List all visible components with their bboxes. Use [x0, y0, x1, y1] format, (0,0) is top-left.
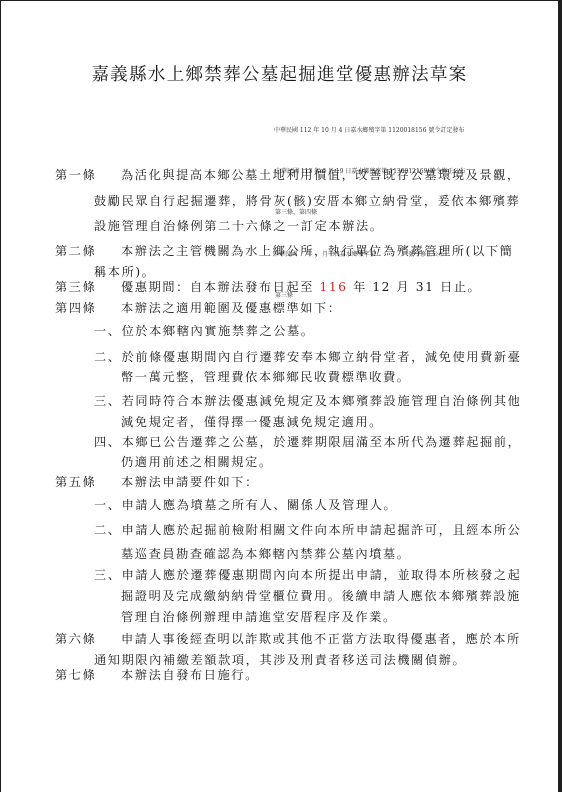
article-label: 第四條 — [55, 300, 96, 316]
article-label: 第七條 — [55, 667, 96, 683]
article-label: 第三條 — [55, 279, 96, 295]
document-page: 嘉義縣水上鄉禁葬公墓起掘進堂優惠辦法草案 中華民國 112 年 10 月 4 日… — [1, 1, 558, 792]
list-item-cont: 幣一萬元整，管理費依本鄉鄉民收費標準收費。 — [121, 369, 411, 385]
article-text: 本辦法申請要件如下： — [121, 474, 259, 490]
document-title: 嘉義縣水上鄉禁葬公墓起掘進堂優惠辦法草案 — [1, 61, 558, 86]
list-item-cont: 管理自治條例辦理申請進堂安厝程序及作業。 — [121, 609, 397, 625]
article-label: 第六條 — [55, 631, 96, 647]
discount-period-suffix: 年 12 月 31 日止。 — [353, 280, 481, 294]
article-text: 優惠期間：自本辦法發布日起至 116 年 12 月 31 日止。 — [121, 279, 481, 295]
article-text: 本辦法自發布日施行。 — [121, 667, 259, 683]
list-item-cont: 掘證明及完成繳納納骨堂櫃位費用。後續申請人應依本鄉殯葬設施 — [121, 588, 521, 604]
list-item: 一、申請人應為墳墓之所有人、關係人及管理人。 — [94, 497, 397, 513]
list-item-cont: 減免規定者，僅得擇一優惠減免規定適用。 — [121, 414, 383, 430]
list-item: 三、申請人應於遷葬優惠期間內向本所提出申請，並取得本所核發之起 — [94, 567, 521, 583]
article-text: 本辦法之主管機關為水上鄉公所，執行單位為殯葬管理所(以下簡 — [121, 243, 513, 259]
article-text: 本辦法之適用範圍及優惠標準如下： — [121, 300, 342, 316]
article-text: 申請人事後經查明以詐欺或其他不正當方法取得優惠者，應於本所 — [121, 631, 521, 647]
discount-period-prefix: 優惠期間：自本辦法發布日起至 — [121, 280, 314, 294]
article-text: 通知期限內補繳差額款項，其涉及刑責者移送司法機關偵辦。 — [94, 652, 466, 668]
article-label: 第五條 — [55, 474, 96, 490]
end-year-highlight: 116 — [320, 280, 348, 294]
list-item: 一、位於本鄉轄內實施禁葬之公墓。 — [94, 323, 315, 339]
list-item: 二、申請人應於起掘前檢附相關文件向本所申請起掘許可，且經本所公 — [94, 522, 521, 538]
list-item: 四、本鄉已公告遷葬之公墓，於遷葬期限屆滿至本所代為遷葬起掘前， — [94, 434, 521, 450]
article-text: 稱本所)。 — [94, 264, 156, 280]
article-text: 設施管理自治條例第二十六條之一訂定本辦法。 — [94, 218, 384, 234]
article-label: 第二條 — [55, 243, 96, 259]
list-item-cont: 墓巡查員勘查確認為本鄉轄內禁葬公墓內墳墓。 — [121, 546, 411, 562]
list-item-cont: 仍適用前述之相關規定。 — [121, 454, 273, 470]
article-text: 鼓勵民眾自行起掘遷葬，將骨灰(骸)安厝本鄉立納骨堂，爰依本鄉殯葬 — [94, 193, 520, 209]
amendment-history: 中華民國 112 年 10 月 4 日嘉水鄉殯字第 1120018156 號令訂… — [273, 96, 465, 331]
list-item: 二、於前條優惠期間內自行遷葬安奉本鄉立納骨堂者，減免使用費新臺 — [94, 349, 521, 365]
list-item: 三、若同時符合本辦法優惠減免規定及本鄉殯葬設施管理自治條例其他 — [94, 393, 521, 409]
history-line: 中華民國 112 年 10 月 4 日嘉水鄉殯字第 1120018156 號令訂… — [274, 124, 465, 138]
article-text: 為活化與提高本鄉公墓土地利用價值，改善既存公墓環境及景觀， — [121, 167, 521, 183]
article-label: 第一條 — [55, 167, 96, 183]
